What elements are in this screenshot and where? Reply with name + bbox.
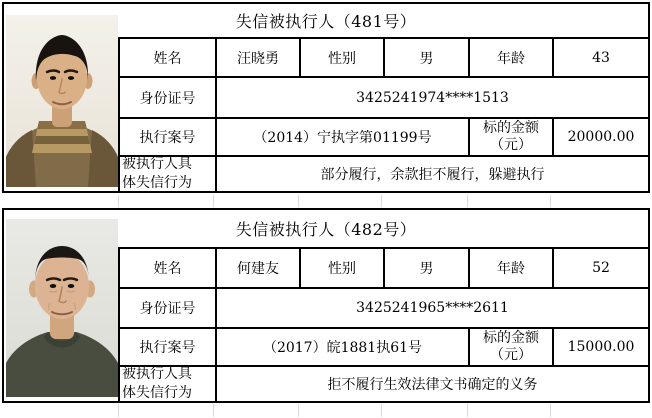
- behavior-value-cell: 拒不履行生效法律文书确定的义务: [215, 365, 648, 401]
- portrait-photo: [6, 219, 118, 397]
- excel-gridline: [213, 195, 214, 207]
- behavior-label: 被执行人具体失信行为: [122, 365, 192, 401]
- amount-label: 标的金额: [483, 120, 539, 137]
- case-value-cell: （2014）宁执字第01199号: [215, 117, 468, 155]
- gender-value-cell: 男: [383, 249, 468, 287]
- name-value-cell: 汪晓勇: [215, 39, 299, 76]
- portrait-photo-man-1: [6, 15, 118, 187]
- id-label-cell: 身份证号: [120, 287, 215, 327]
- id-value-cell: 3425241974****1513: [215, 76, 648, 117]
- excel-gridline: [381, 195, 382, 207]
- amount-value-cell: 20000.00: [552, 117, 648, 155]
- dishonest-debtor-notice: 失信被执行人（481号） 姓名 汪晓勇 性别 男 年龄 43 身份证号 3425…: [0, 0, 652, 418]
- gender-label-cell: 性别: [299, 39, 383, 76]
- amount-label-cell: 标的金额 （元）: [468, 327, 552, 365]
- id-value-cell: 3425241965****2611: [215, 287, 648, 327]
- age-label-cell: 年龄: [468, 249, 552, 287]
- age-value-cell: 52: [552, 249, 648, 287]
- excel-gridline: [298, 195, 299, 207]
- gender-value-cell: 男: [383, 39, 468, 76]
- id-label-cell: 身份证号: [120, 76, 215, 117]
- excel-gridline: [298, 404, 299, 417]
- record-card-482: 失信被执行人（482号） 姓名 何建友 性别 男 年龄 52 身份证号 3425…: [2, 208, 650, 403]
- amount-unit: （元）: [490, 347, 532, 364]
- excel-gridline: [550, 404, 551, 417]
- age-label-cell: 年龄: [468, 39, 552, 76]
- record-table: 姓名 何建友 性别 男 年龄 52 身份证号 3425241965****261…: [118, 247, 648, 401]
- excel-gridline: [550, 195, 551, 207]
- excel-gridline: [213, 404, 214, 417]
- behavior-label-cell: 被执行人具体失信行为: [120, 365, 215, 401]
- excel-gridline: [118, 195, 119, 207]
- name-value-cell: 何建友: [215, 249, 299, 287]
- excel-gridline: [381, 404, 382, 417]
- portrait-photo-man-2: [6, 219, 118, 397]
- excel-gridline: [118, 404, 119, 417]
- portrait-photo: [6, 15, 118, 187]
- excel-gridline: [467, 404, 468, 417]
- age-value-cell: 43: [552, 39, 648, 76]
- behavior-value-cell: 部分履行，余款拒不履行，躲避执行: [215, 155, 648, 191]
- case-label-cell: 执行案号: [120, 117, 215, 155]
- amount-label: 标的金额: [483, 330, 539, 347]
- amount-label-cell: 标的金额 （元）: [468, 117, 552, 155]
- amount-unit: （元）: [490, 137, 532, 154]
- behavior-label-cell: 被执行人具体失信行为: [120, 155, 215, 191]
- gender-label-cell: 性别: [299, 249, 383, 287]
- amount-value-cell: 15000.00: [552, 327, 648, 365]
- case-value-cell: （2017）皖1881执61号: [215, 327, 468, 365]
- name-label-cell: 姓名: [120, 39, 215, 76]
- excel-gridline: [467, 195, 468, 207]
- name-label-cell: 姓名: [120, 249, 215, 287]
- record-card-481: 失信被执行人（481号） 姓名 汪晓勇 性别 男 年龄 43 身份证号 3425…: [2, 2, 650, 193]
- behavior-label: 被执行人具体失信行为: [122, 155, 192, 191]
- case-label-cell: 执行案号: [120, 327, 215, 365]
- record-table: 姓名 汪晓勇 性别 男 年龄 43 身份证号 3425241974****151…: [118, 37, 648, 191]
